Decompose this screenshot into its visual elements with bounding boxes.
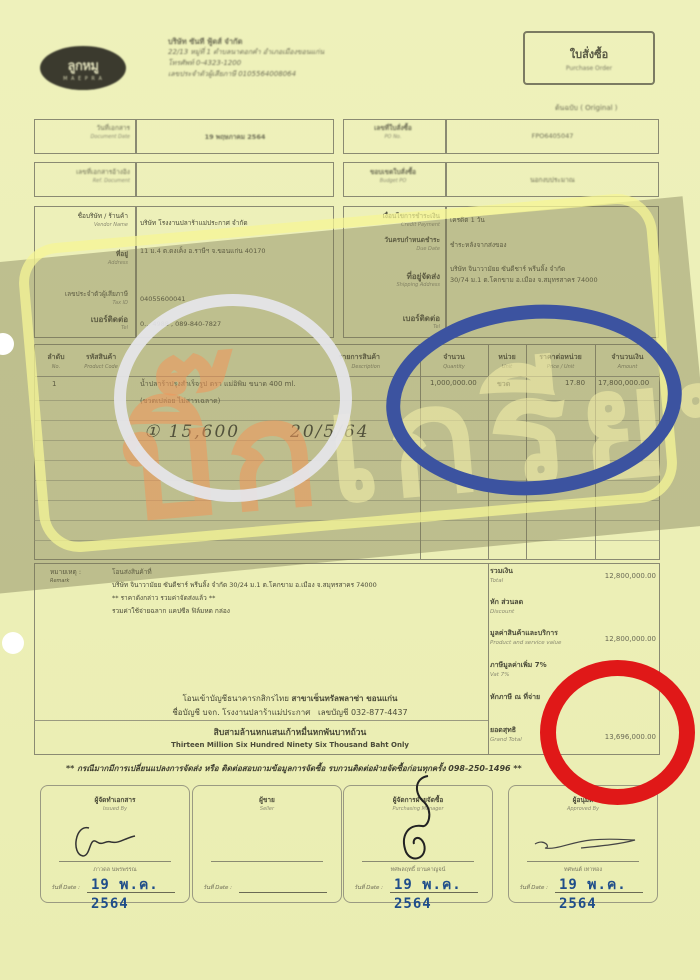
bank-info: โอนเข้าบัญชีธนาคารกสิกรไทย สาขาเซ็นทรัลพ… <box>100 692 480 720</box>
company-address: 22/13 หมู่ที่ 1 ตำบลนาดอกคำ อำเภอเมืองขอ… <box>168 47 324 58</box>
signature-box-seller: ผู้ขายSeller วันที่ Date : <box>192 785 342 903</box>
red-circle-highlight <box>540 660 695 805</box>
po-number-label: เลขที่ใบสั่งซื้อPO No. <box>348 124 438 142</box>
doc-date-label: วันที่เอกสารDocument Date <box>40 124 130 142</box>
document-title-en: Purchase Order <box>566 65 612 72</box>
product-value-value: 12,800,000.00 <box>566 635 656 643</box>
date-stamp: 19 พ.ค. 2564 <box>394 874 492 912</box>
amount-in-words-en: Thirteen Million Six Hundred Ninety Six … <box>100 741 480 749</box>
vendor-name-label: ชื่อบริษัท / ร้านค้าVendor Name <box>40 212 128 230</box>
product-value-label: มูลค่าสินค้าและบริการProduct and service… <box>490 628 561 648</box>
budget-value: นอกงบประมาณ <box>450 175 655 185</box>
vat-label: ภาษีมูลค่าเพิ่ม 7%Vat 7% <box>490 660 547 680</box>
withholding-label: หักภาษี ณ ที่จ่าย <box>490 692 540 702</box>
footer-note: ** กรณีมากมีการเปลี่ยนแปลงการจัดส่ง หรือ… <box>66 762 522 775</box>
document-title: ใบสั่งซื้อ <box>570 45 609 63</box>
ref-doc-label: เลขที่เอกสารอ้างอิงRef. Document <box>40 168 130 186</box>
company-info: บริษัท ซันที ฟู้ดส์ จำกัด 22/13 หมู่ที่ … <box>168 36 324 80</box>
company-taxid: เลขประจำตัวผู้เสียภาษี 0105564008064 <box>168 69 324 80</box>
company-phone: โทรศัพท์ 0-4323-1200 <box>168 58 324 69</box>
doc-date-value: 19 พฤษภาคม 2564 <box>140 132 330 142</box>
company-logo: ลูกหมู M A E P R A <box>40 46 126 90</box>
amount-in-words-th: สิบสามล้านหกแสนเก้าหมื่นหกพันบาทถ้วน <box>100 725 480 739</box>
date-stamp: 19 พ.ค. 2564 <box>559 874 657 912</box>
copy-label: ต้นฉบับ ( Original ) <box>555 103 618 114</box>
grand-total-label: ยอดสุทธิGrand Total <box>490 725 522 745</box>
total-value: 12,800,000.00 <box>566 572 656 580</box>
po-number-value: FPO6405047 <box>450 132 655 140</box>
white-circle-highlight <box>114 294 352 502</box>
signature-box-purchasing-manager: ผู้จัดการฝ่ายจัดซื้อPurchasing Manager ท… <box>343 785 493 903</box>
purchase-order-document: ลูกหมู M A E P R A บริษัท ซันที ฟู้ดส์ จ… <box>0 0 700 980</box>
signature-mark <box>69 820 139 860</box>
punch-hole <box>2 632 24 654</box>
discount-label: หัก ส่วนลดDiscount <box>490 597 523 617</box>
document-title-box: ใบสั่งซื้อ Purchase Order <box>523 31 655 85</box>
company-name: บริษัท ซันที ฟู้ดส์ จำกัด <box>168 36 324 47</box>
vendor-name-value: บริษัท โรงงานปลาร้าแม่ประกาศ จำกัด <box>140 218 248 228</box>
signature-mark <box>384 772 444 864</box>
date-stamp: 19 พ.ค. 2564 <box>91 874 189 912</box>
total-label: รวมเงินTotal <box>490 566 513 586</box>
budget-label: ขอบเขตใบสั่งซื้อBudget PO <box>348 168 438 186</box>
signature-mark <box>531 834 641 854</box>
signature-box-issuer: ผู้จัดทำเอกสารIssued By ภาวดล นพรพรรณ วั… <box>40 785 190 903</box>
